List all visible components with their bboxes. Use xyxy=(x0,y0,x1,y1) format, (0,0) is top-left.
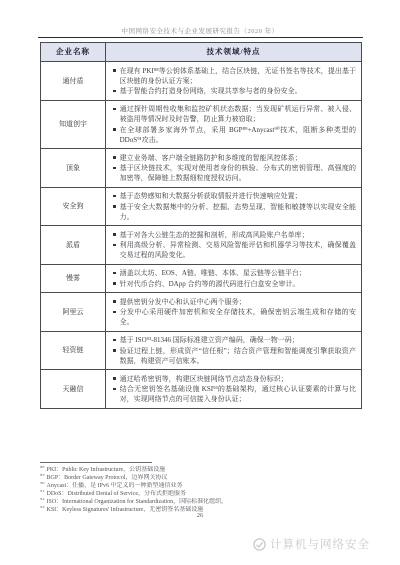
table-row: 顶象建立业务端、客户端全链路防护和多维度的智能风控体系；基于区块链技术，实现对使… xyxy=(41,149,362,188)
table-row: 慢雾涵盖以太坊、EOS、A链、唯链、本体、星云链等公链平台；针对代币合约、DAp… xyxy=(41,264,362,293)
bullet-point: 通过探针周期性收集和监控矿机状态数据；当发现矿机运行异常、被入侵、被盗用等情况时… xyxy=(112,104,356,124)
footnote-number: 93 xyxy=(40,506,45,509)
table-row: 天融信通过哈希密钥等，构建区块链网络节点动态身份标识；结合无密钥签名基础设施 K… xyxy=(41,370,362,409)
table-header-row: 企业名称 技术领域/特点 xyxy=(41,43,362,62)
company-name: 顶象 xyxy=(41,149,106,188)
bullet-point: 基于安全大数据集中的分析、挖掘、态势呈现、智能和敏捷等以实现安全能力。 xyxy=(112,202,356,222)
point-text: 基于对各大公链生态的挖掘和剖析，形成高风险账户名单库； xyxy=(120,230,356,240)
company-name: 知道创宇 xyxy=(41,100,106,149)
footnotes: 88PKI：Public Key Infrastructure，公钥基础设施89… xyxy=(40,466,366,514)
bullet-icon xyxy=(113,90,116,93)
watermark-logo-icon xyxy=(253,538,266,551)
bullet-point: 涵盖以太坊、EOS、A链、唯链、本体、星云链等公链平台； xyxy=(112,268,356,278)
table-row: 知道创宇通过探针周期性收集和监控矿机状态数据；当发现矿机运行异常、被入侵、被盗用… xyxy=(41,100,362,149)
point-text: 利用高级分析、异常检测、交易风险智能评估和机器学习等技术，确保覆盖交易过程的风险… xyxy=(120,240,356,260)
footnote-number: 89 xyxy=(40,474,45,477)
point-text: 基于安全大数据集中的分析、挖掘、态势呈现、智能和敏捷等以实现安全能力。 xyxy=(120,202,356,222)
report-title: 中国网络安全技术与企业发展研究报告（2020 年） xyxy=(0,26,400,35)
tech-points: 通过哈希密钥等，构建区块链网络节点动态身份标识；结合无密钥签名基础设施 KSI⁹… xyxy=(106,370,362,409)
bullet-point: 利用高级分析、异常检测、交易风险智能评估和机器学习等技术，确保覆盖交易过程的风险… xyxy=(112,240,356,260)
footnote-number: 92 xyxy=(40,498,45,501)
point-text: 通过探针周期性收集和监控矿机状态数据；当发现矿机运行异常、被入侵、被盗用等情况时… xyxy=(120,104,356,124)
footnote-number: 90 xyxy=(40,482,45,485)
bullet-icon xyxy=(113,128,116,131)
tech-points: 基于态势感知和大数据分析获取情报并进行快速响应处置；基于安全大数据集中的分析、挖… xyxy=(106,187,362,226)
bullet-icon xyxy=(113,282,116,285)
document-page: 中国网络安全技术与企业发展研究报告（2020 年） 企业名称 技术领域/特点 通… xyxy=(0,0,400,565)
bullet-icon xyxy=(113,205,116,208)
footnote-line: 89BGP：Border Gateway Protocol，边界网关协议 xyxy=(40,474,366,482)
bullet-icon xyxy=(113,108,116,111)
footnote-text: DDoS：Distributed Denial of Service，分布式拒绝… xyxy=(47,491,186,497)
footnote-text: BGP：Border Gateway Protocol，边界网关协议 xyxy=(47,475,168,481)
tech-points: 基于对各大公链生态的挖掘和剖析，形成高风险账户名单库；利用高级分析、异常检测、交… xyxy=(106,226,362,265)
point-text: 基于智能合约打造身份网络，实现共享参与者的身份安全。 xyxy=(120,86,356,96)
tech-points: 提供密钥分发中心和认证中心两个服务；分发中心采用硬件加密机和安全存储技术，确保密… xyxy=(106,293,362,332)
column-header-tech: 技术领域/特点 xyxy=(106,43,362,62)
bullet-icon xyxy=(113,349,116,352)
table-row: 派盾基于对各大公链生态的挖掘和剖析，形成高风险账户名单库；利用高级分析、异常检测… xyxy=(41,226,362,265)
footnote-line: 91DDoS：Distributed Denial of Service，分布式… xyxy=(40,490,366,498)
point-text: 分发中心采用硬件加密机和安全存储技术，确保密钥云端生成和存储的安全。 xyxy=(120,307,356,327)
tech-points: 在现有 PKI⁸⁸等公钥体系基础上，结合区块链，无证书签名等技术，提出基于区块链… xyxy=(106,62,362,101)
company-name: 天融信 xyxy=(41,370,106,409)
point-text: 涵盖以太坊、EOS、A链、唯链、本体、星云链等公链平台； xyxy=(120,268,356,278)
bullet-icon xyxy=(113,195,116,198)
point-text: 基于 ISO⁹²-81346 国际标准建立资产编码，确保一物一码； xyxy=(120,335,356,345)
bullet-icon xyxy=(113,377,116,380)
bullet-point: 在全球部署多家海外节点，采用 BGP⁸⁹+Anycast⁹⁰技术，阻断多种类型的… xyxy=(112,125,356,145)
company-name: 慢雾 xyxy=(41,264,106,293)
footnote-text: PKI：Public Key Infrastructure，公钥基础设施 xyxy=(47,467,166,473)
bullet-icon xyxy=(113,156,116,159)
bullet-point: 通过哈希密钥等，构建区块链网络节点动态身份标识； xyxy=(112,374,356,384)
point-text: 提供密钥分发中心和认证中心两个服务； xyxy=(120,297,356,307)
company-name: 派盾 xyxy=(41,226,106,265)
company-name: 安全狗 xyxy=(41,187,106,226)
point-text: 基于区块链技术，实现对使用者身份的核验、分布式的密钥管理、高强度的加密等，保障链… xyxy=(120,163,356,183)
footnote-text: Anycast：任播，是 IPv6 中定义的一种新型通信业务 xyxy=(47,483,183,489)
header-divider xyxy=(38,37,363,38)
tech-points: 建立业务端、客户端全链路防护和多维度的智能风控体系；基于区块链技术，实现对使用者… xyxy=(106,149,362,188)
company-table: 企业名称 技术领域/特点 通付盾在现有 PKI⁸⁸等公钥体系基础上，结合区块链，… xyxy=(40,42,362,409)
bullet-icon xyxy=(113,339,116,342)
column-header-company: 企业名称 xyxy=(41,43,106,62)
bullet-point: 基于对各大公链生态的挖掘和剖析，形成高风险账户名单库； xyxy=(112,230,356,240)
footnote-text: ISO：International Organization for Stand… xyxy=(47,499,228,505)
point-text: 基于态势感知和大数据分析获取情报并进行快速响应处置； xyxy=(120,191,356,201)
table-row: 轻资链基于 ISO⁹²-81346 国际标准建立资产编码，确保一物一码；验证过程… xyxy=(41,331,362,370)
bullet-point: 在现有 PKI⁸⁸等公钥体系基础上，结合区块链，无证书签名等技术，提出基于区块链… xyxy=(112,66,356,86)
tech-points: 通过探针周期性收集和监控矿机状态数据；当发现矿机运行异常、被入侵、被盗用等情况时… xyxy=(106,100,362,149)
bullet-icon xyxy=(113,272,116,275)
watermark-text: 计算机与网络安全 xyxy=(270,536,370,552)
point-text: 建立业务端、客户端全链路防护和多维度的智能风控体系； xyxy=(120,153,356,163)
table-row: 阿里云提供密钥分发中心和认证中心两个服务；分发中心采用硬件加密机和安全存储技术，… xyxy=(41,293,362,332)
bullet-point: 结合无密钥签名基础设施 KSI⁹³的基础架构，通过核心认证要素的计算与比对，实现… xyxy=(112,384,356,404)
bullet-point: 分发中心采用硬件加密机和安全存储技术，确保密钥云端生成和存储的安全。 xyxy=(112,307,356,327)
bullet-point: 基于区块链技术，实现对使用者身份的核验、分布式的密钥管理、高强度的加密等，保障链… xyxy=(112,163,356,183)
bullet-point: 验证过程上链，形成资产“信任根”；结合资产管理和智能调度引擎获取资产数据，构建资… xyxy=(112,346,356,366)
footnote-line: 92ISO：International Organization for Sta… xyxy=(40,498,366,506)
company-name: 轻资链 xyxy=(41,331,106,370)
point-text: 结合无密钥签名基础设施 KSI⁹³的基础架构，通过核心认证要素的计算与比对，实现… xyxy=(120,384,356,404)
tech-points: 基于 ISO⁹²-81346 国际标准建立资产编码，确保一物一码；验证过程上链，… xyxy=(106,331,362,370)
footnote-line: 88PKI：Public Key Infrastructure，公钥基础设施 xyxy=(40,466,366,474)
tech-points: 涵盖以太坊、EOS、A链、唯链、本体、星云链等公链平台；针对代币合约、DApp … xyxy=(106,264,362,293)
bullet-icon xyxy=(113,244,116,247)
bullet-icon xyxy=(113,167,116,170)
footnote-line: 90Anycast：任播，是 IPv6 中定义的一种新型通信业务 xyxy=(40,482,366,490)
bullet-point: 基于 ISO⁹²-81346 国际标准建立资产编码，确保一物一码； xyxy=(112,335,356,345)
point-text: 针对代币合约、DApp 合约等的源代码进行白盒安全审计。 xyxy=(120,279,356,289)
footnote-number: 91 xyxy=(40,490,45,493)
table-row: 通付盾在现有 PKI⁸⁸等公钥体系基础上，结合区块链，无证书签名等技术，提出基于… xyxy=(41,62,362,101)
bullet-point: 提供密钥分发中心和认证中心两个服务； xyxy=(112,297,356,307)
bullet-point: 基于智能合约打造身份网络，实现共享参与者的身份安全。 xyxy=(112,86,356,96)
point-text: 通过哈希密钥等，构建区块链网络节点动态身份标识； xyxy=(120,374,356,384)
bullet-point: 建立业务端、客户端全链路防护和多维度的智能风控体系； xyxy=(112,153,356,163)
company-name: 通付盾 xyxy=(41,62,106,101)
table-row: 安全狗基于态势感知和大数据分析获取情报并进行快速响应处置；基于安全大数据集中的分… xyxy=(41,187,362,226)
bullet-icon xyxy=(113,388,116,391)
point-text: 在现有 PKI⁸⁸等公钥体系基础上，结合区块链，无证书签名等技术，提出基于区块链… xyxy=(120,66,356,86)
point-text: 在全球部署多家海外节点，采用 BGP⁸⁹+Anycast⁹⁰技术，阻断多种类型的… xyxy=(120,125,356,145)
bullet-icon xyxy=(113,300,116,303)
bullet-point: 基于态势感知和大数据分析获取情报并进行快速响应处置； xyxy=(112,191,356,201)
footnote-number: 88 xyxy=(40,466,45,469)
company-name: 阿里云 xyxy=(41,293,106,332)
bullet-icon xyxy=(113,69,116,72)
page-number: 26 xyxy=(0,512,400,519)
watermark: 计算机与网络安全 xyxy=(253,536,370,552)
bullet-point: 针对代币合约、DApp 合约等的源代码进行白盒安全审计。 xyxy=(112,279,356,289)
bullet-icon xyxy=(113,311,116,314)
point-text: 验证过程上链，形成资产“信任根”；结合资产管理和智能调度引擎获取资产数据，构建资… xyxy=(120,346,356,366)
bullet-icon xyxy=(113,233,116,236)
footnote-divider xyxy=(40,462,152,463)
